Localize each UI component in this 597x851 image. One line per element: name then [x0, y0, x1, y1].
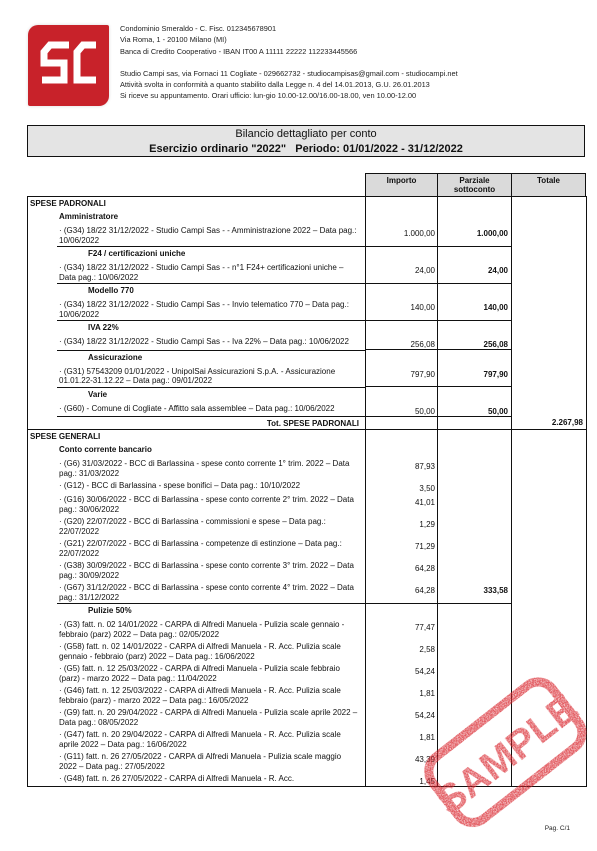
importo-cell — [366, 443, 438, 457]
list-item: · (G12) - BCC di Barlassina - spese boni… — [28, 479, 587, 493]
account-name: Amministratore — [28, 210, 365, 224]
account-header-row: IVA 22% — [28, 320, 587, 335]
account-header-row: Pulizie 50% — [28, 603, 587, 618]
totale-cell — [512, 618, 587, 640]
section-total-value: 2.267,98 — [512, 416, 586, 428]
totale-cell — [512, 283, 587, 298]
list-item: · (G20) 22/07/2022 - BCC di Barlassina -… — [28, 515, 587, 537]
account-name: Modello 770 — [57, 284, 365, 298]
entry-amount: 77,47 — [366, 618, 437, 632]
list-item: · (G47) fatt. n. 20 29/04/2022 - CARPA d… — [28, 728, 587, 750]
importo-cell: 1,29 — [366, 515, 438, 537]
totale-cell — [512, 443, 587, 457]
list-item: · (G34) 18/22 31/12/2022 - Studio Campi … — [28, 335, 587, 350]
page-number: Pag. C/1 — [545, 825, 570, 832]
description-cell: · (G20) 22/07/2022 - BCC di Barlassina -… — [28, 515, 366, 537]
parziale-cell — [438, 618, 512, 640]
parziale-cell — [438, 479, 512, 493]
entry-amount: 140,00 — [366, 298, 437, 312]
importo-cell — [366, 603, 438, 618]
account-header-row: Conto corrente bancario — [28, 443, 587, 457]
entry-amount: 64,28 — [366, 559, 437, 573]
header-line: Si riceve su appuntamento. Orari ufficio… — [120, 90, 458, 101]
importo-cell — [366, 283, 438, 298]
description-cell: · (G47) fatt. n. 20 29/04/2022 - CARPA d… — [28, 728, 366, 750]
account-name: Assicurazione — [57, 351, 365, 365]
account-subtotal: 797,90 — [438, 365, 511, 379]
column-header-label: Importo — [387, 176, 417, 185]
header-line: Via Roma, 1 - 20100 Milano (MI) — [120, 34, 458, 45]
totale-cell — [512, 537, 587, 559]
column-header-label: Totale — [537, 176, 560, 185]
parziale-cell — [438, 750, 512, 772]
entry-amount: 1,81 — [366, 728, 437, 742]
report-title: Bilancio dettagliato per conto Esercizio… — [27, 125, 585, 157]
parziale-cell — [438, 603, 512, 618]
column-header-label: Parziale — [438, 176, 511, 185]
account-header-row: F24 / certificazioni uniche — [28, 246, 587, 261]
importo-cell: 54,24 — [366, 706, 438, 728]
description-cell: Modello 770 — [28, 283, 366, 298]
list-item: · (G11) fatt. n. 26 27/05/2022 - CARPA d… — [28, 750, 587, 772]
list-item: · (G9) fatt. n. 20 29/04/2022 - CARPA di… — [28, 706, 587, 728]
parziale-cell — [438, 559, 512, 581]
entry-amount: 54,24 — [366, 662, 437, 676]
section-total-label: Tot. SPESE PADRONALI — [57, 417, 365, 429]
header-line: Studio Campi sas, via Fornaci 11 Cogliat… — [120, 68, 458, 79]
entry-description: · (G21) 22/07/2022 - BCC di Barlassina -… — [28, 537, 365, 559]
account-subtotal: 50,00 — [438, 402, 511, 416]
entry-description: · (G48) fatt. n. 26 27/05/2022 - CARPA d… — [28, 772, 365, 785]
account-subtotal: 333,58 — [438, 581, 511, 595]
totale-cell — [512, 335, 587, 350]
parziale-cell: 797,90 — [438, 365, 512, 387]
parziale-cell — [438, 728, 512, 750]
description-cell: · (G46) fatt. n. 12 25/03/2022 - CARPA d… — [28, 684, 366, 706]
list-item: · (G34) 18/22 31/12/2022 - Studio Campi … — [28, 298, 587, 320]
entry-amount: 71,29 — [366, 537, 437, 551]
entry-description: · (G9) fatt. n. 20 29/04/2022 - CARPA di… — [28, 706, 365, 728]
account-name: Conto corrente bancario — [28, 443, 365, 457]
entry-amount: 1,29 — [366, 515, 437, 529]
importo-cell — [366, 350, 438, 365]
importo-cell: 64,28 — [366, 581, 438, 603]
totale-cell — [512, 210, 587, 224]
column-header-parziale: Parziale sottoconto — [437, 173, 512, 196]
description-cell: · (G58) fatt. n. 02 14/01/2022 - CARPA d… — [28, 640, 366, 662]
list-item: · (G5) fatt. n. 12 25/03/2022 - CARPA di… — [28, 662, 587, 684]
totale-cell — [512, 772, 587, 787]
entry-description: · (G31) 57543209 01/01/2022 - UnipolSai … — [28, 365, 365, 387]
totale-cell — [512, 261, 587, 283]
description-cell: · (G38) 30/09/2022 - BCC di Barlassina -… — [28, 559, 366, 581]
description-cell: · (G67) 31/12/2022 - BCC di Barlassina -… — [28, 581, 366, 603]
importo-cell — [366, 246, 438, 261]
description-cell: · (G48) fatt. n. 26 27/05/2022 - CARPA d… — [28, 772, 366, 787]
description-cell: IVA 22% — [28, 320, 366, 335]
description-cell: · (G21) 22/07/2022 - BCC di Barlassina -… — [28, 537, 366, 559]
list-item: · (G60) - Comune di Cogliate - Affitto s… — [28, 402, 587, 417]
entry-description: · (G3) fatt. n. 02 14/01/2022 - CARPA di… — [28, 618, 365, 640]
entry-description: · (G11) fatt. n. 26 27/05/2022 - CARPA d… — [28, 750, 365, 772]
importo-cell: 54,24 — [366, 662, 438, 684]
parziale-cell — [438, 350, 512, 365]
account-header-row: Assicurazione — [28, 350, 587, 365]
description-cell: · (G34) 18/22 31/12/2022 - Studio Campi … — [28, 261, 366, 283]
ledger-table: SPESE PADRONALIAmministratore· (G34) 18/… — [27, 196, 587, 787]
description-cell: · (G34) 18/22 31/12/2022 - Studio Campi … — [28, 335, 366, 350]
header-line: Condominio Smeraldo - C. Fisc. 012345678… — [120, 23, 458, 34]
entry-description: · (G12) - BCC di Barlassina - spese boni… — [28, 479, 365, 492]
account-name: Pulizie 50% — [57, 604, 365, 618]
list-item: · (G21) 22/07/2022 - BCC di Barlassina -… — [28, 537, 587, 559]
description-cell: · (G34) 18/22 31/12/2022 - Studio Campi … — [28, 224, 366, 246]
entry-description: · (G38) 30/09/2022 - BCC di Barlassina -… — [28, 559, 365, 581]
entry-amount: 50,00 — [366, 402, 437, 416]
description-cell: · (G12) - BCC di Barlassina - spese boni… — [28, 479, 366, 493]
description-cell: Pulizie 50% — [28, 603, 366, 618]
entry-description: · (G47) fatt. n. 20 29/04/2022 - CARPA d… — [28, 728, 365, 750]
parziale-cell — [438, 493, 512, 515]
report-period: Esercizio ordinario "2022" Periodo: 01/0… — [28, 142, 584, 157]
condo-info: Condominio Smeraldo - C. Fisc. 012345678… — [120, 23, 458, 57]
list-item: · (G31) 57543209 01/01/2022 - UnipolSai … — [28, 365, 587, 387]
totale-cell — [512, 515, 587, 537]
importo-cell: 256,08 — [366, 335, 438, 350]
account-name: Varie — [57, 388, 365, 402]
column-header-importo: Importo — [365, 173, 438, 196]
importo-cell: 24,00 — [366, 261, 438, 283]
parziale-cell — [438, 246, 512, 261]
section-header-row: SPESE GENERALI — [28, 430, 587, 444]
entry-amount: 1.000,00 — [366, 224, 437, 238]
importo-cell: 797,90 — [366, 365, 438, 387]
importo-cell: 77,47 — [366, 618, 438, 640]
importo-cell — [366, 320, 438, 335]
totale-cell — [512, 728, 587, 750]
totale-cell — [512, 559, 587, 581]
account-subtotal: 1.000,00 — [438, 224, 511, 238]
list-item: · (G34) 18/22 31/12/2022 - Studio Campi … — [28, 261, 587, 283]
list-item: · (G67) 31/12/2022 - BCC di Barlassina -… — [28, 581, 587, 603]
section-title: SPESE GENERALI — [28, 430, 365, 443]
description-cell: Assicurazione — [28, 350, 366, 365]
entry-amount: 87,93 — [366, 457, 437, 471]
parziale-cell — [438, 537, 512, 559]
totale-cell — [512, 684, 587, 706]
totale-cell — [512, 246, 587, 261]
parziale-cell — [438, 320, 512, 335]
totale-cell — [512, 365, 587, 387]
account-subtotal: 24,00 — [438, 261, 511, 275]
description-cell: · (G5) fatt. n. 12 25/03/2022 - CARPA di… — [28, 662, 366, 684]
account-subtotal: 256,08 — [438, 335, 511, 349]
totale-cell — [512, 603, 587, 618]
description-cell: · (G60) - Comune di Cogliate - Affitto s… — [28, 402, 366, 417]
importo-cell: 140,00 — [366, 298, 438, 320]
description-cell: Conto corrente bancario — [28, 443, 366, 457]
parziale-cell: 256,08 — [438, 335, 512, 350]
importo-cell: 1,81 — [366, 684, 438, 706]
entry-description: · (G34) 18/22 31/12/2022 - Studio Campi … — [28, 298, 365, 320]
importo-cell: 71,29 — [366, 537, 438, 559]
account-name: IVA 22% — [57, 321, 365, 335]
totale-cell — [512, 350, 587, 365]
parziale-cell — [438, 430, 512, 444]
parziale-cell: 50,00 — [438, 402, 512, 417]
parziale-cell: 1.000,00 — [438, 224, 512, 246]
entry-description: · (G34) 18/22 31/12/2022 - Studio Campi … — [28, 335, 365, 348]
totale-cell — [512, 224, 587, 246]
totale-cell — [512, 662, 587, 684]
description-cell: Varie — [28, 387, 366, 402]
entry-description: · (G58) fatt. n. 02 14/01/2022 - CARPA d… — [28, 640, 365, 662]
importo-cell: 1,45 — [366, 772, 438, 787]
totale-cell — [512, 706, 587, 728]
document-header: Condominio Smeraldo - C. Fisc. 012345678… — [120, 23, 458, 102]
totale-cell — [512, 581, 587, 603]
parziale-cell — [438, 197, 512, 211]
header-line: Banca di Credito Cooperativo - IBAN IT00… — [120, 46, 458, 57]
entry-amount: 1,45 — [366, 772, 437, 786]
parziale-cell — [438, 684, 512, 706]
list-item: · (G38) 30/09/2022 - BCC di Barlassina -… — [28, 559, 587, 581]
entry-amount: 24,00 — [366, 261, 437, 275]
entry-amount: 256,08 — [366, 335, 437, 349]
importo-cell: 87,93 — [366, 457, 438, 479]
importo-cell: 41,01 — [366, 493, 438, 515]
totale-cell — [512, 298, 587, 320]
entry-amount: 3,50 — [366, 479, 437, 493]
parziale-cell — [438, 283, 512, 298]
list-item: · (G48) fatt. n. 26 27/05/2022 - CARPA d… — [28, 772, 587, 787]
totale-cell — [512, 320, 587, 335]
totale-cell — [512, 402, 587, 417]
entry-amount: 797,90 — [366, 365, 437, 379]
importo-cell: 3,50 — [366, 479, 438, 493]
totale-cell — [512, 493, 587, 515]
section-total-row: Tot. SPESE PADRONALI2.267,98 — [28, 416, 587, 430]
entry-description: · (G5) fatt. n. 12 25/03/2022 - CARPA di… — [28, 662, 365, 684]
parziale-cell — [438, 640, 512, 662]
importo-cell — [366, 197, 438, 211]
totale-cell — [512, 479, 587, 493]
description-cell: F24 / certificazioni uniche — [28, 246, 366, 261]
description-cell: · (G31) 57543209 01/01/2022 - UnipolSai … — [28, 365, 366, 387]
importo-cell — [366, 210, 438, 224]
totale-cell — [512, 750, 587, 772]
entry-description: · (G34) 18/22 31/12/2022 - Studio Campi … — [28, 261, 365, 283]
parziale-cell — [438, 457, 512, 479]
importo-cell — [366, 430, 438, 444]
header-line: Attività svolta in conformità a quanto s… — [120, 79, 458, 90]
parziale-cell: 333,58 — [438, 581, 512, 603]
importo-cell: 43,39 — [366, 750, 438, 772]
description-cell: · (G34) 18/22 31/12/2022 - Studio Campi … — [28, 298, 366, 320]
parziale-cell — [438, 706, 512, 728]
entry-amount: 2,58 — [366, 640, 437, 654]
list-item: · (G34) 18/22 31/12/2022 - Studio Campi … — [28, 224, 587, 246]
entry-description: · (G6) 31/03/2022 - BCC di Barlassina - … — [28, 457, 365, 479]
column-header-totale: Totale — [511, 173, 586, 196]
parziale-cell — [438, 772, 512, 787]
parziale-cell: 24,00 — [438, 261, 512, 283]
description-cell: Amministratore — [28, 210, 366, 224]
description-cell: · (G3) fatt. n. 02 14/01/2022 - CARPA di… — [28, 618, 366, 640]
importo-cell: 50,00 — [366, 402, 438, 417]
entry-amount: 64,28 — [366, 581, 437, 595]
list-item: · (G16) 30/06/2022 - BCC di Barlassina -… — [28, 493, 587, 515]
list-item: · (G3) fatt. n. 02 14/01/2022 - CARPA di… — [28, 618, 587, 640]
description-cell: SPESE PADRONALI — [28, 197, 366, 211]
sc-logo-icon — [28, 25, 109, 106]
totale-cell: 2.267,98 — [512, 416, 587, 430]
entry-amount: 54,24 — [366, 706, 437, 720]
parziale-cell — [438, 210, 512, 224]
description-cell: SPESE GENERALI — [28, 430, 366, 444]
description-cell: · (G9) fatt. n. 20 29/04/2022 - CARPA di… — [28, 706, 366, 728]
description-cell: · (G6) 31/03/2022 - BCC di Barlassina - … — [28, 457, 366, 479]
entry-description: · (G46) fatt. n. 12 25/03/2022 - CARPA d… — [28, 684, 365, 706]
parziale-cell — [438, 443, 512, 457]
parziale-cell — [438, 416, 512, 430]
entry-description: · (G16) 30/06/2022 - BCC di Barlassina -… — [28, 493, 365, 515]
parziale-cell — [438, 662, 512, 684]
parziale-cell — [438, 387, 512, 402]
parziale-cell — [438, 515, 512, 537]
entry-amount: 1,81 — [366, 684, 437, 698]
entry-description: · (G20) 22/07/2022 - BCC di Barlassina -… — [28, 515, 365, 537]
entry-amount: 43,39 — [366, 750, 437, 764]
totale-cell — [512, 457, 587, 479]
importo-cell: 64,28 — [366, 559, 438, 581]
account-header-row: Modello 770 — [28, 283, 587, 298]
section-title: SPESE PADRONALI — [28, 197, 365, 210]
studio-info: Studio Campi sas, via Fornaci 11 Cogliat… — [120, 68, 458, 102]
totale-cell — [512, 640, 587, 662]
account-header-row: Varie — [28, 387, 587, 402]
account-name: F24 / certificazioni uniche — [57, 247, 365, 261]
studio-logo — [28, 25, 109, 106]
section-header-row: SPESE PADRONALI — [28, 197, 587, 211]
entry-amount: 41,01 — [366, 493, 437, 507]
list-item: · (G46) fatt. n. 12 25/03/2022 - CARPA d… — [28, 684, 587, 706]
account-header-row: Amministratore — [28, 210, 587, 224]
report-title-line1: Bilancio dettagliato per conto — [28, 127, 584, 142]
list-item: · (G58) fatt. n. 02 14/01/2022 - CARPA d… — [28, 640, 587, 662]
description-cell: Tot. SPESE PADRONALI — [28, 416, 366, 430]
parziale-cell: 140,00 — [438, 298, 512, 320]
importo-cell — [366, 416, 438, 430]
list-item: · (G6) 31/03/2022 - BCC di Barlassina - … — [28, 457, 587, 479]
description-cell: · (G16) 30/06/2022 - BCC di Barlassina -… — [28, 493, 366, 515]
account-subtotal: 140,00 — [438, 298, 511, 312]
entry-description: · (G60) - Comune di Cogliate - Affitto s… — [28, 402, 365, 415]
importo-cell: 2,58 — [366, 640, 438, 662]
column-header-label: sottoconto — [438, 185, 511, 194]
totale-cell — [512, 197, 587, 211]
importo-cell: 1.000,00 — [366, 224, 438, 246]
importo-cell — [366, 387, 438, 402]
totale-cell — [512, 430, 587, 444]
description-cell: · (G11) fatt. n. 26 27/05/2022 - CARPA d… — [28, 750, 366, 772]
importo-cell: 1,81 — [366, 728, 438, 750]
entry-description: · (G34) 18/22 31/12/2022 - Studio Campi … — [28, 224, 365, 246]
entry-description: · (G67) 31/12/2022 - BCC di Barlassina -… — [28, 581, 365, 603]
totale-cell — [512, 387, 587, 402]
